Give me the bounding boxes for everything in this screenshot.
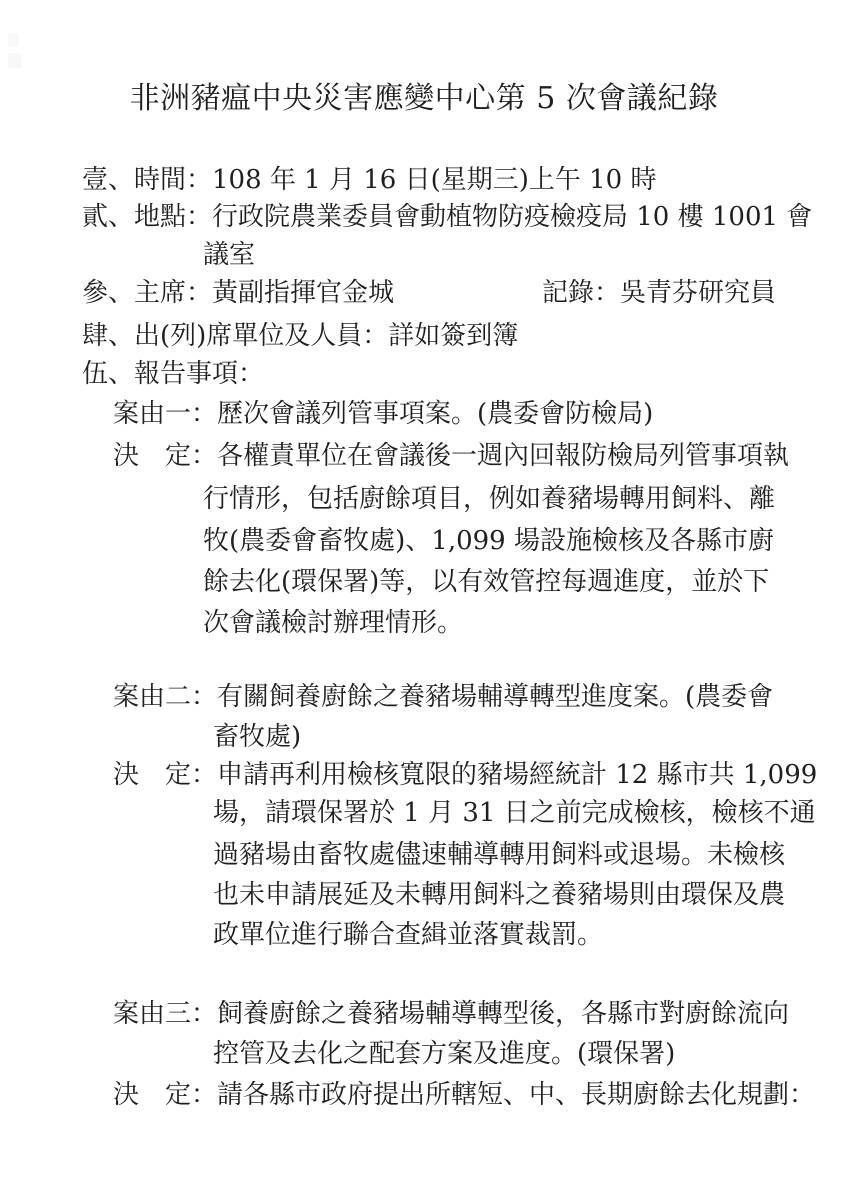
scan-artifact — [8, 53, 21, 68]
text-line-case2-cont-3: 也未申請展延及未轉用飼料之養豬場則由環保及農 — [213, 881, 785, 911]
text-line-case3-subject: 案由三：飼養廚餘之養豬場輔導轉型後，各縣市對廚餘流向 — [113, 1000, 789, 1030]
text-line-case2-cont-1: 場，請環保署於 1 月 31 日之前完成檢核，檢核不通 — [213, 799, 816, 829]
text-line-case3-decision: 決 定：請各縣市政府提出所轄短、中、長期廚餘去化規劃： — [113, 1081, 815, 1111]
text-line-case1-cont-3: 餘去化(環保署)等，以有效管控每週進度，並於下 — [203, 568, 769, 598]
text-line-case1-cont-4: 次會議檢討辦理情形。 — [203, 609, 463, 639]
recorder-text: 記錄：吳青芬研究員 — [542, 279, 776, 309]
text-line-case2-decision: 決 定：申請再利用檢核寬限的豬場經統計 12 縣市共 1,099 — [113, 761, 817, 791]
text-line-case3-subject-cont: 控管及去化之配套方案及進度。(環保署) — [213, 1040, 675, 1070]
text-line-case1-cont-2: 牧(農委會畜牧處)、1,099 場設施檢核及各縣市廚 — [203, 527, 774, 557]
text-line-case2-subject: 案由二：有關飼養廚餘之養豬場輔導轉型進度案。(農委會 — [113, 683, 773, 713]
text-line-place: 貳、地點：行政院農業委員會動植物防疫檢疫局 10 樓 1001 會 — [82, 203, 812, 233]
document-title: 非洲豬瘟中央災害應變中心第 5 次會議紀錄 — [0, 84, 848, 114]
text-line-case1-subject: 案由一：歷次會議列管事項案。(農委會防檢局) — [113, 400, 653, 430]
scan-artifact — [8, 33, 19, 47]
document-page: 非洲豬瘟中央災害應變中心第 5 次會議紀錄 壹、時間：108 年 1 月 16 … — [0, 0, 848, 1200]
text-line-case1-cont-1: 行情形，包括廚餘項目，例如養豬場轉用飼料、離 — [203, 485, 775, 515]
text-line-time: 壹、時間：108 年 1 月 16 日(星期三)上午 10 時 — [82, 166, 656, 196]
text-line-case2-subject-cont: 畜牧處) — [213, 723, 301, 753]
chair-text: 參、主席：黃副指揮官金城 — [82, 278, 394, 308]
text-line-case2-cont-2: 過豬場由畜牧處儘速輔導轉用飼料或退場。未檢核 — [213, 841, 785, 871]
text-line-case1-decision: 決 定：各權責單位在會議後一週內回報防檢局列管事項執 — [113, 442, 789, 472]
text-line-place-cont: 議室 — [203, 241, 255, 271]
text-line-chair: 參、主席：黃副指揮官金城 記錄：吳青芬研究員 — [82, 279, 394, 309]
text-line-case2-cont-4: 政單位進行聯合查緝並落實裁罰。 — [213, 921, 603, 951]
text-line-report-header: 伍、報告事項： — [82, 360, 264, 390]
text-line-attendees: 肆、出(列)席單位及人員：詳如簽到簿 — [82, 322, 518, 352]
